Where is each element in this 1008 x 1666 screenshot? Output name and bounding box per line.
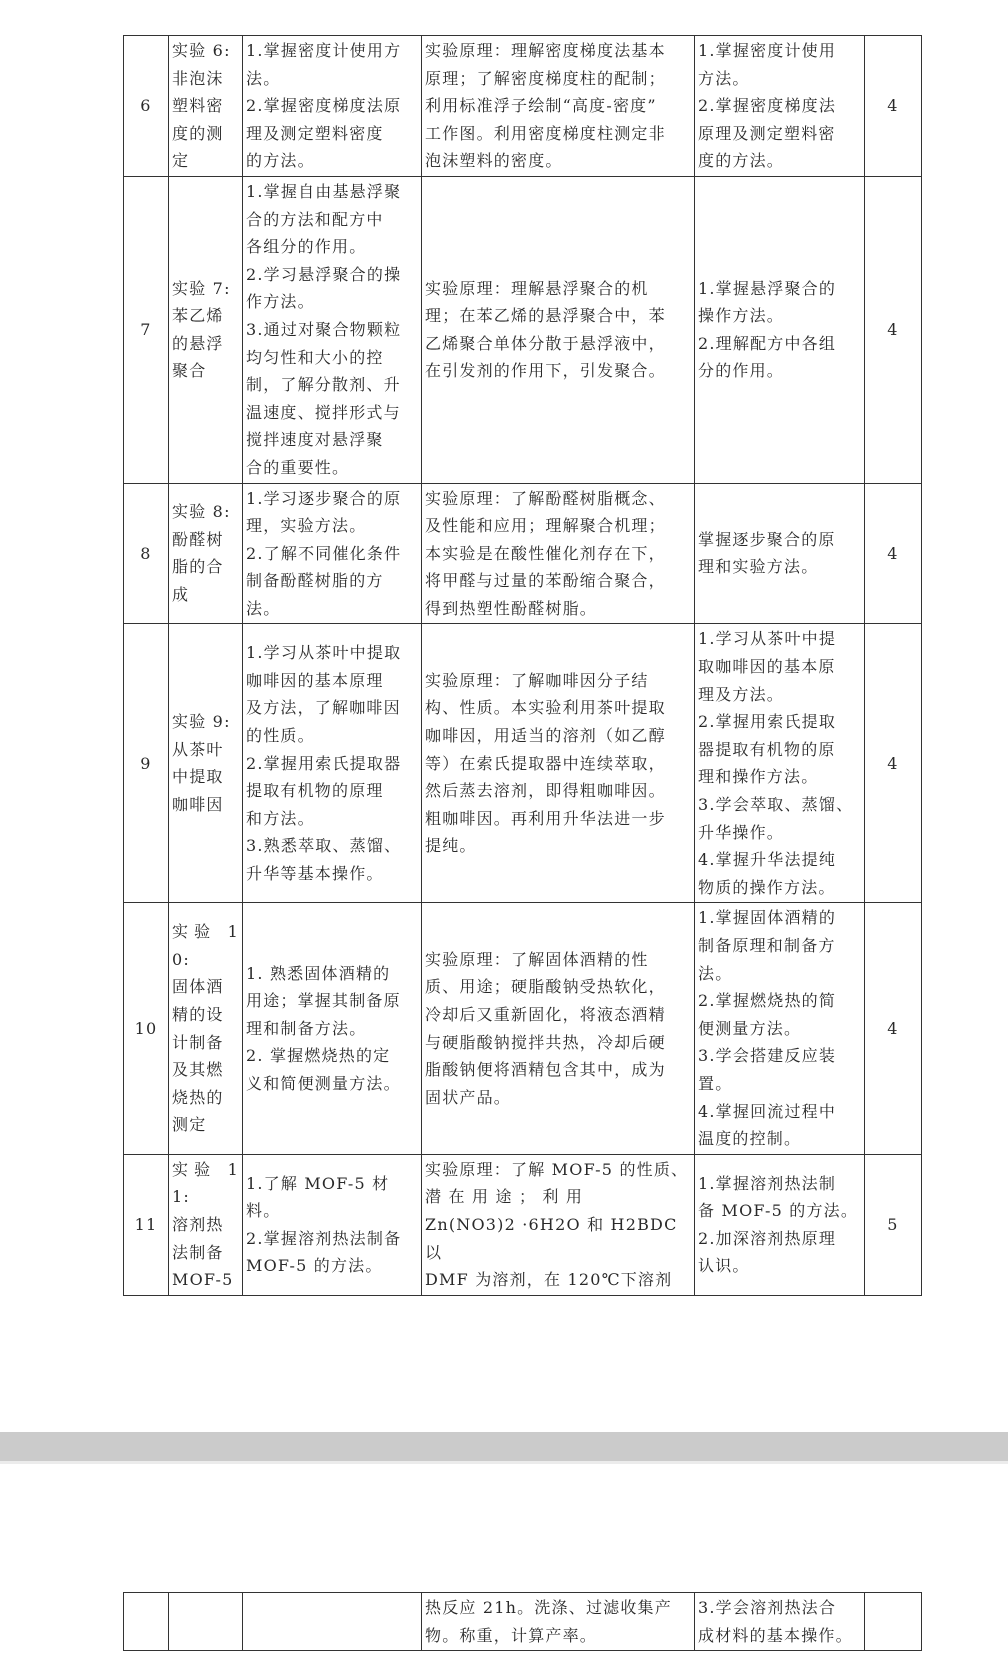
experiment-name-line: 实验 6: — [172, 37, 239, 65]
experiment-table-continued: 热反应 21h。洗涤、过滤收集产 物。称重，计算产率。 3.学会溶剂热法合 成材… — [123, 1592, 922, 1651]
requirement-line: 便测量方法。 — [698, 1015, 861, 1043]
goal-line: 作方法。 — [246, 288, 418, 316]
goal-line: 1. 熟悉固体酒精的 — [246, 960, 418, 988]
requirement-line: 温度的控制。 — [698, 1125, 861, 1153]
content-line: 得到热塑性酚醛树脂。 — [425, 595, 691, 623]
experiment-name-line: 成 — [172, 581, 239, 609]
goal-line: 制备酚醛树脂的方 — [246, 567, 418, 595]
page-break-band — [0, 1432, 1008, 1461]
experiment-name-line: 脂的合 — [172, 553, 239, 581]
content-cell: 实验原理：了解固体酒精的性质、用途；硬脂酸钠受热软化，冷却后又重新固化，将液态酒… — [422, 903, 695, 1154]
goal-line: 咖啡因的基本原理 — [246, 667, 418, 695]
row-number-cell: 9 — [124, 624, 169, 903]
table-row: 10实验 10:固体酒精的设计制备及其燃烧热的测定1. 熟悉固体酒精的用途；掌握… — [124, 903, 922, 1154]
experiment-name-line: 实验 7: — [172, 275, 239, 303]
content-line: 实验原理：理解悬浮聚合的机 — [425, 275, 691, 303]
goal-line: 理，实验方法。 — [246, 512, 418, 540]
requirement-line: 掌握逐步聚合的原 — [698, 526, 861, 554]
requirement-line: 原理及测定塑料密 — [698, 120, 861, 148]
hours-cell: 4 — [865, 624, 922, 903]
requirement-line: 备 MOF-5 的方法。 — [698, 1197, 861, 1225]
table-row: 6实验 6:非泡沫塑料密度的测定1.掌握密度计使用方法。2.掌握密度梯度法原理及… — [124, 36, 922, 177]
experiment-name-line: 烧热的 — [172, 1084, 239, 1112]
content-line: 利用标准浮子绘制“高度-密度” — [425, 92, 691, 120]
content-line: 实验原理：理解密度梯度法基本 — [425, 37, 691, 65]
experiment-name-cell: 实验 6:非泡沫塑料密度的测定 — [169, 36, 243, 177]
table-row: 7实验 7:苯乙烯的悬浮聚合1.掌握自由基悬浮聚合的方法和配方中各组分的作用。2… — [124, 176, 922, 483]
hours-cell: 4 — [865, 903, 922, 1154]
content-cell: 实验原理：了解 MOF-5 的性质、潜 在 用 途 ； 利 用Zn(NO3)2 … — [422, 1154, 695, 1295]
content-line: 物。称重，计算产率。 — [425, 1622, 691, 1650]
content-line: 泡沫塑料的密度。 — [425, 147, 691, 175]
experiment-name-cell: 实验 9:从茶叶中提取咖啡因 — [169, 624, 243, 903]
content-cell: 实验原理：了解咖啡因分子结构、性质。本实验利用茶叶提取咖啡因，用适当的溶剂（如乙… — [422, 624, 695, 903]
requirement-line: 2.掌握密度梯度法 — [698, 92, 861, 120]
experiment-name-cell — [169, 1593, 243, 1651]
requirements-cell: 1.学习从茶叶中提取咖啡因的基本原理及方法。2.掌握用索氏提取器提取有机物的原理… — [695, 624, 865, 903]
content-line: 实验原理：了解咖啡因分子结 — [425, 667, 691, 695]
experiment-name-line: MOF-5 — [172, 1266, 239, 1294]
content-line: 粗咖啡因。再利用升华法进一步 — [425, 805, 691, 833]
experiment-name-line: 固体酒 — [172, 973, 239, 1001]
content-line: 冷却后又重新固化，将液态酒精 — [425, 1001, 691, 1029]
content-cell: 实验原理：了解酚醛树脂概念、及性能和应用；理解聚合机理；本实验是在酸性催化剂存在… — [422, 483, 695, 624]
goal-line: 1.学习逐步聚合的原 — [246, 485, 418, 513]
table-row-continuation: 热反应 21h。洗涤、过滤收集产 物。称重，计算产率。 3.学会溶剂热法合 成材… — [124, 1593, 922, 1651]
row-number-cell — [124, 1593, 169, 1651]
requirement-line: 度的方法。 — [698, 147, 861, 175]
content-line: 实验原理：了解固体酒精的性 — [425, 946, 691, 974]
table-row: 8实验 8:酚醛树脂的合成1.学习逐步聚合的原理，实验方法。2.了解不同催化条件… — [124, 483, 922, 624]
goal-line: 2.掌握用索氏提取器 — [246, 750, 418, 778]
requirements-cell: 1.掌握固体酒精的制备原理和制备方法。2.掌握燃烧热的简便测量方法。3.学会搭建… — [695, 903, 865, 1154]
experiment-name-line: 测定 — [172, 1111, 239, 1139]
goal-line: 2.了解不同催化条件 — [246, 540, 418, 568]
goal-line: 法。 — [246, 65, 418, 93]
experiment-name-line: 实验 9: — [172, 708, 239, 736]
goal-line: 合的重要性。 — [246, 454, 418, 482]
content-line: 咖啡因，用适当的溶剂（如乙醇 — [425, 722, 691, 750]
requirement-line: 物质的操作方法。 — [698, 874, 861, 902]
goals-cell: 1.学习逐步聚合的原理，实验方法。2.了解不同催化条件制备酚醛树脂的方法。 — [243, 483, 422, 624]
requirement-line: 2.掌握燃烧热的简 — [698, 987, 861, 1015]
goals-cell — [243, 1593, 422, 1651]
table-row: 9实验 9:从茶叶中提取咖啡因1.学习从茶叶中提取咖啡因的基本原理及方法，了解咖… — [124, 624, 922, 903]
requirement-line: 分的作用。 — [698, 357, 861, 385]
experiment-name-line: 及其燃 — [172, 1056, 239, 1084]
requirement-line: 1.掌握悬浮聚合的 — [698, 275, 861, 303]
goal-line: 3.通过对聚合物颗粒 — [246, 316, 418, 344]
requirement-line: 成材料的基本操作。 — [698, 1622, 861, 1650]
requirement-line: 法。 — [698, 960, 861, 988]
content-line: Zn(NO3)2 ·6H2O 和 H2BDC 以 — [425, 1211, 691, 1266]
content-line: 理；在苯乙烯的悬浮聚合中，苯 — [425, 302, 691, 330]
requirement-line: 理和实验方法。 — [698, 553, 861, 581]
goals-cell: 1.掌握密度计使用方法。2.掌握密度梯度法原理及测定塑料密度的方法。 — [243, 36, 422, 177]
goal-line: 3.熟悉萃取、蒸馏、 — [246, 832, 418, 860]
content-line: 实验原理：了解酚醛树脂概念、 — [425, 485, 691, 513]
experiment-name-line: 从茶叶 — [172, 736, 239, 764]
goal-line: 制，了解分散剂、升 — [246, 371, 418, 399]
experiment-name-line: 塑料密 — [172, 92, 239, 120]
row-number-cell: 7 — [124, 176, 169, 483]
content-line: 脂酸钠便将酒精包含其中，成为 — [425, 1056, 691, 1084]
requirement-line: 3.学会溶剂热法合 — [698, 1594, 861, 1622]
goal-line: MOF-5 的方法。 — [246, 1252, 418, 1280]
experiment-name-line: 精的设 — [172, 1001, 239, 1029]
hours-cell: 4 — [865, 483, 922, 624]
hours-cell: 4 — [865, 176, 922, 483]
goal-line: 法。 — [246, 595, 418, 623]
row-number-cell: 11 — [124, 1154, 169, 1295]
content-line: 乙烯聚合单体分散于悬浮液中， — [425, 330, 691, 358]
experiment-name-cell: 实验 7:苯乙烯的悬浮聚合 — [169, 176, 243, 483]
hours-cell: 5 — [865, 1154, 922, 1295]
requirement-line: 4.掌握升华法提纯 — [698, 846, 861, 874]
hours-cell — [865, 1593, 922, 1651]
requirement-line: 操作方法。 — [698, 302, 861, 330]
content-line: 固状产品。 — [425, 1084, 691, 1112]
requirement-line: 2.加深溶剂热原理 — [698, 1225, 861, 1253]
goal-line: 均匀性和大小的控 — [246, 344, 418, 372]
experiment-name-line: 聚合 — [172, 357, 239, 385]
content-line: 潜 在 用 途 ； 利 用 — [425, 1183, 691, 1211]
experiment-name-line: 的悬浮 — [172, 330, 239, 358]
content-line: 热反应 21h。洗涤、过滤收集产 — [425, 1594, 691, 1622]
goal-line: 1.学习从茶叶中提取 — [246, 639, 418, 667]
experiment-table: 6实验 6:非泡沫塑料密度的测定1.掌握密度计使用方法。2.掌握密度梯度法原理及… — [123, 35, 922, 1296]
content-line: 原理；了解密度梯度柱的配制； — [425, 65, 691, 93]
goal-line: 的方法。 — [246, 147, 418, 175]
goal-line: 2.掌握密度梯度法原 — [246, 92, 418, 120]
goals-cell: 1.学习从茶叶中提取咖啡因的基本原理及方法，了解咖啡因的性质。2.掌握用索氏提取… — [243, 624, 422, 903]
content-cell: 热反应 21h。洗涤、过滤收集产 物。称重，计算产率。 — [422, 1593, 695, 1651]
experiment-name-line: 中提取 — [172, 763, 239, 791]
content-line: 构、性质。本实验利用茶叶提取 — [425, 694, 691, 722]
content-line: DMF 为溶剂，在 120℃下溶剂 — [425, 1266, 691, 1294]
content-line: 与硬脂酸钠搅拌共热，冷却后硬 — [425, 1029, 691, 1057]
goal-line: 合的方法和配方中 — [246, 206, 418, 234]
content-line: 等）在索氏提取器中连续萃取， — [425, 750, 691, 778]
requirement-line: 制备原理和制备方 — [698, 932, 861, 960]
goal-line: 及方法，了解咖啡因 — [246, 694, 418, 722]
goal-line: 理和制备方法。 — [246, 1015, 418, 1043]
experiment-name-line: 溶剂热 — [172, 1211, 239, 1239]
goal-line: 1.了解 MOF-5 材料。 — [246, 1170, 418, 1225]
requirement-line: 认识。 — [698, 1252, 861, 1280]
goal-line: 1.掌握密度计使用方 — [246, 37, 418, 65]
goal-line: 2. 掌握燃烧热的定 — [246, 1042, 418, 1070]
experiment-name-line: 实验 8: — [172, 498, 239, 526]
content-line: 实验原理：了解 MOF-5 的性质、 — [425, 1156, 691, 1184]
document-page-1: 6实验 6:非泡沫塑料密度的测定1.掌握密度计使用方法。2.掌握密度梯度法原理及… — [0, 0, 1008, 1432]
goals-cell: 1.了解 MOF-5 材料。2.掌握溶剂热法制备MOF-5 的方法。 — [243, 1154, 422, 1295]
goal-line: 2.学习悬浮聚合的操 — [246, 261, 418, 289]
experiment-name-line: 苯乙烯 — [172, 302, 239, 330]
requirement-line: 1.学习从茶叶中提 — [698, 625, 861, 653]
requirements-cell: 1.掌握密度计使用方法。2.掌握密度梯度法原理及测定塑料密度的方法。 — [695, 36, 865, 177]
requirement-line: 1.掌握固体酒精的 — [698, 904, 861, 932]
requirement-line: 1.掌握溶剂热法制 — [698, 1170, 861, 1198]
document-page-2: 热反应 21h。洗涤、过滤收集产 物。称重，计算产率。 3.学会溶剂热法合 成材… — [0, 1464, 1008, 1666]
content-line: 然后蒸去溶剂，即得粗咖啡因。 — [425, 777, 691, 805]
goals-cell: 1. 熟悉固体酒精的用途；掌握其制备原理和制备方法。2. 掌握燃烧热的定义和简便… — [243, 903, 422, 1154]
requirements-cell: 3.学会溶剂热法合 成材料的基本操作。 — [695, 1593, 865, 1651]
requirement-line: 2.掌握用索氏提取 — [698, 708, 861, 736]
goal-line: 理及测定塑料密度 — [246, 120, 418, 148]
experiment-table-body: 6实验 6:非泡沫塑料密度的测定1.掌握密度计使用方法。2.掌握密度梯度法原理及… — [124, 36, 922, 1296]
experiment-name-line: 非泡沫 — [172, 65, 239, 93]
goal-line: 提取有机物的原理 — [246, 777, 418, 805]
requirement-line: 取咖啡因的基本原 — [698, 653, 861, 681]
content-line: 在引发剂的作用下，引发聚合。 — [425, 357, 691, 385]
experiment-name-cell: 实验 8:酚醛树脂的合成 — [169, 483, 243, 624]
experiment-name-line: 度的测 — [172, 120, 239, 148]
goals-cell: 1.掌握自由基悬浮聚合的方法和配方中各组分的作用。2.学习悬浮聚合的操作方法。3… — [243, 176, 422, 483]
content-line: 质、用途；硬脂酸钠受热软化， — [425, 973, 691, 1001]
goal-line: 2.掌握溶剂热法制备 — [246, 1225, 418, 1253]
experiment-name-line: 酚醛树 — [172, 526, 239, 554]
requirements-cell: 1.掌握悬浮聚合的操作方法。2.理解配方中各组分的作用。 — [695, 176, 865, 483]
goal-line: 1.掌握自由基悬浮聚 — [246, 178, 418, 206]
content-cell: 实验原理：理解悬浮聚合的机理；在苯乙烯的悬浮聚合中，苯乙烯聚合单体分散于悬浮液中… — [422, 176, 695, 483]
requirement-line: 4.掌握回流过程中 — [698, 1098, 861, 1126]
requirement-line: 2.理解配方中各组 — [698, 330, 861, 358]
requirement-line: 置。 — [698, 1070, 861, 1098]
requirements-cell: 掌握逐步聚合的原理和实验方法。 — [695, 483, 865, 624]
row-number-cell: 6 — [124, 36, 169, 177]
requirement-line: 器提取有机物的原 — [698, 736, 861, 764]
content-line: 提纯。 — [425, 832, 691, 860]
content-line: 工作图。利用密度梯度柱测定非 — [425, 120, 691, 148]
experiment-name-line: 法制备 — [172, 1239, 239, 1267]
experiment-name-line: 咖啡因 — [172, 791, 239, 819]
experiment-name-line: 计制备 — [172, 1029, 239, 1057]
goal-line: 和方法。 — [246, 805, 418, 833]
row-number-cell: 8 — [124, 483, 169, 624]
experiment-name-cell: 实验 11:溶剂热法制备MOF-5 — [169, 1154, 243, 1295]
content-line: 将甲醛与过量的苯酚缩合聚合， — [425, 567, 691, 595]
goal-line: 用途；掌握其制备原 — [246, 987, 418, 1015]
experiment-name-line: 定 — [172, 147, 239, 175]
requirement-line: 3.学会搭建反应装 — [698, 1042, 861, 1070]
hours-cell: 4 — [865, 36, 922, 177]
experiment-name-line: 实验 10: — [172, 918, 239, 973]
goal-line: 升华等基本操作。 — [246, 860, 418, 888]
goal-line: 各组分的作用。 — [246, 233, 418, 261]
requirements-cell: 1.掌握溶剂热法制备 MOF-5 的方法。2.加深溶剂热原理认识。 — [695, 1154, 865, 1295]
requirement-line: 理和操作方法。 — [698, 763, 861, 791]
requirement-line: 理及方法。 — [698, 681, 861, 709]
requirement-line: 升华操作。 — [698, 819, 861, 847]
table-row: 11实验 11:溶剂热法制备MOF-51.了解 MOF-5 材料。2.掌握溶剂热… — [124, 1154, 922, 1295]
goal-line: 义和简便测量方法。 — [246, 1070, 418, 1098]
goal-line: 温速度、搅拌形式与 — [246, 399, 418, 427]
experiment-name-line: 实验 11: — [172, 1156, 239, 1211]
content-line: 本实验是在酸性催化剂存在下， — [425, 540, 691, 568]
requirement-line: 3.学会萃取、蒸馏、 — [698, 791, 861, 819]
experiment-name-cell: 实验 10:固体酒精的设计制备及其燃烧热的测定 — [169, 903, 243, 1154]
goal-line: 搅拌速度对悬浮聚 — [246, 426, 418, 454]
goal-line: 的性质。 — [246, 722, 418, 750]
row-number-cell: 10 — [124, 903, 169, 1154]
content-cell: 实验原理：理解密度梯度法基本原理；了解密度梯度柱的配制；利用标准浮子绘制“高度-… — [422, 36, 695, 177]
requirement-line: 1.掌握密度计使用 — [698, 37, 861, 65]
content-line: 及性能和应用；理解聚合机理； — [425, 512, 691, 540]
requirement-line: 方法。 — [698, 65, 861, 93]
